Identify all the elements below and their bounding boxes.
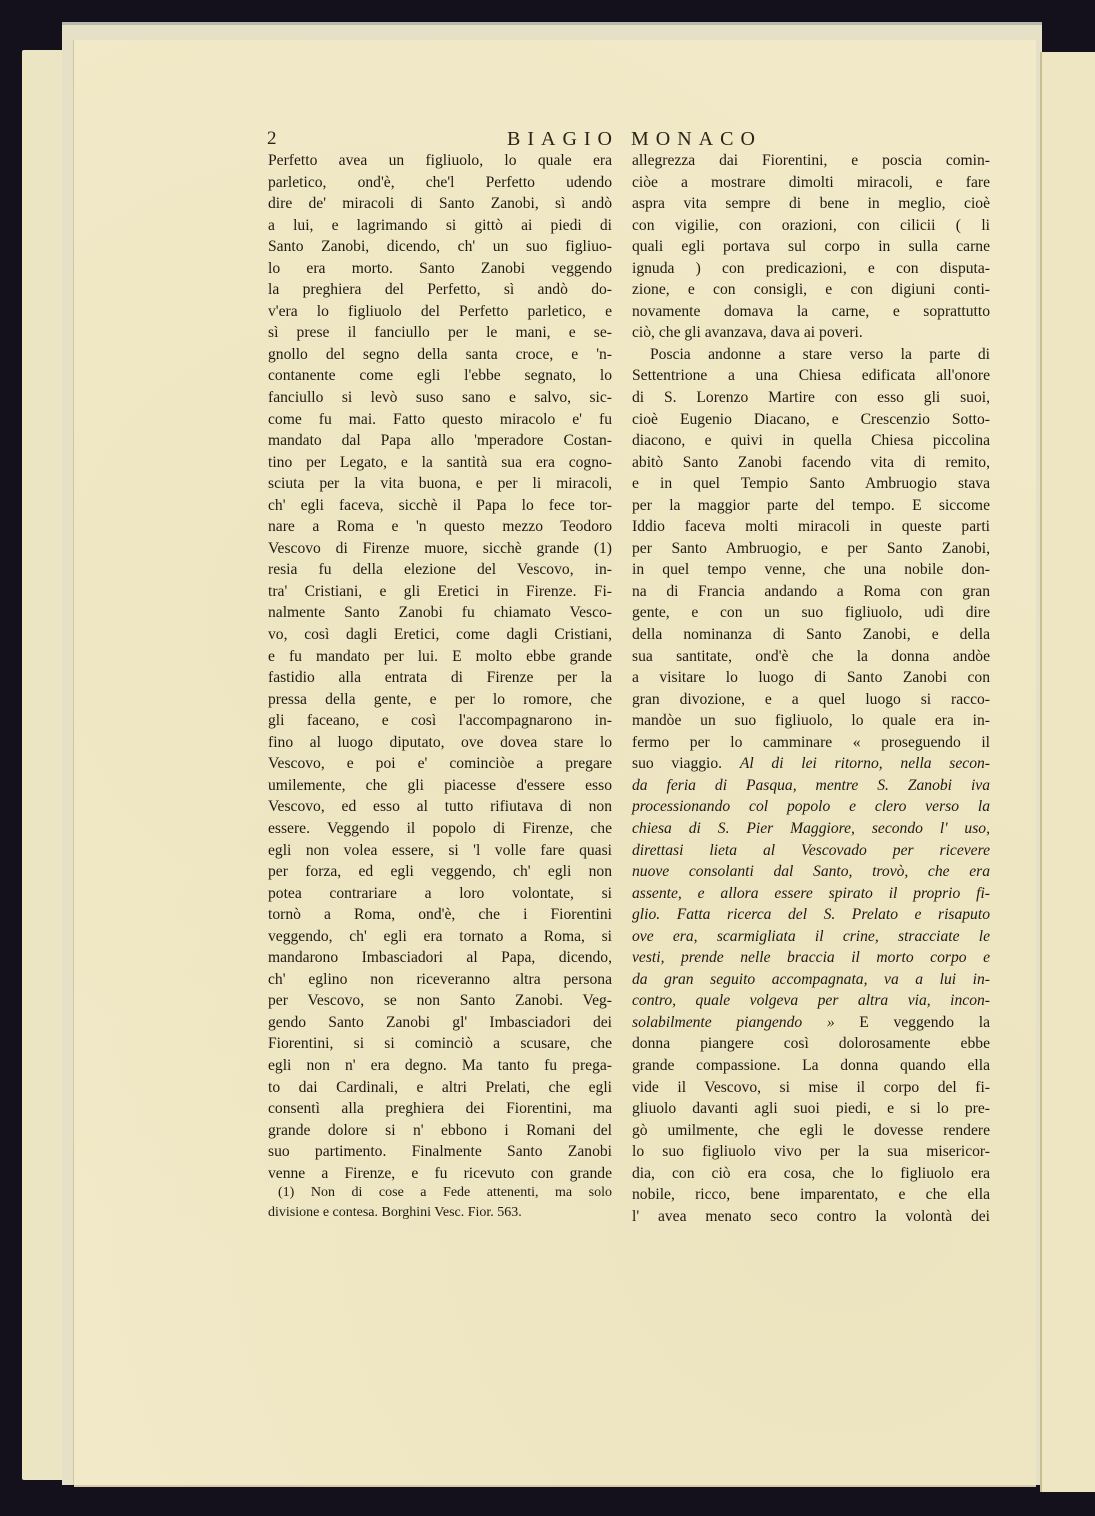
text-line: venne a Firenze, e fu ricevuto con grand… xyxy=(268,1163,612,1185)
text-line: Poscia andonne a stare verso la parte di xyxy=(632,344,990,366)
roman-text: novamente domava la carne, e soprattutto xyxy=(632,303,990,320)
text-line: glio. Fatta ricerca del S. Prelato e ris… xyxy=(632,904,990,926)
roman-text: vide il Vescovo, si mise il corpo del fi… xyxy=(632,1079,990,1096)
text-line: Vescovo, ed esso al tutto rifiutava di n… xyxy=(268,796,612,818)
text-line: contanente come egli l'ebbe segnato, lo xyxy=(268,365,612,387)
text-line: a lui, e lagrimando si gittò ai piedi di xyxy=(268,215,612,237)
text-line: fino al luogo diputato, ove dovea stare … xyxy=(268,732,612,754)
roman-text: zione, e con consigli, e con digiuni con… xyxy=(632,281,990,298)
roman-text: diacono, e quivi in quella Chiesa piccol… xyxy=(632,432,990,449)
text-line: cioè Eugenio Diacano, e Crescenzio Sotto… xyxy=(632,409,990,431)
text-line: gli faceano, e così l'accompagnarono in- xyxy=(268,710,612,732)
text-line: mandato dal Papa allo 'mperadore Costan- xyxy=(268,430,612,452)
footnote-line: (1) Non di cose a Fede attenenti, ma sol… xyxy=(268,1183,612,1203)
roman-text: per la maggior parte del tempo. E siccom… xyxy=(632,497,990,514)
text-line: fermo per lo camminare « proseguendo il xyxy=(632,732,990,754)
text-line: Fiorentini, si si cominciò a scusare, ch… xyxy=(268,1033,612,1055)
text-line: dire de' miracoli di Santo Zanobi, sì an… xyxy=(268,193,612,215)
text-line: veggendo, ch' egli era tornato a Roma, s… xyxy=(268,926,612,948)
text-line: to dai Cardinali, e altri Prelati, che e… xyxy=(268,1077,612,1099)
roman-text: a visitare lo luogo di Santo Zanobi con xyxy=(632,669,990,686)
text-line: per Santo Ambruogio, e per Santo Zanobi, xyxy=(632,538,990,560)
text-line: lo suo figliuolo vivo per la sua miseric… xyxy=(632,1141,990,1163)
text-line: pressa della gente, e per lo romore, che xyxy=(268,689,612,711)
text-line: ciòe a mostrare dimolti miracoli, e fare xyxy=(632,172,990,194)
roman-text: Iddio faceva molti miracoli in queste pa… xyxy=(632,518,990,535)
roman-text: gente, e con un suo figliuolo, udì dire xyxy=(632,604,990,621)
text-line: ch' eglino non riceveranno altra persona xyxy=(268,969,612,991)
text-line: tornò a Roma, ond'è, che i Fiorentini xyxy=(268,904,612,926)
text-line: nare a Roma e 'n questo mezzo Teodoro xyxy=(268,516,612,538)
roman-text: della nominanza di Santo Zanobi, e della xyxy=(632,626,990,643)
text-line: Vescovo di Firenze muore, sicchè grande … xyxy=(268,538,612,560)
roman-text: di S. Lorenzo Martire con esso gli suoi, xyxy=(632,389,990,406)
text-line: allegrezza dai Fiorentini, e poscia comi… xyxy=(632,150,990,172)
roman-text: donna piangere così dolorosamente ebbe xyxy=(632,1035,990,1052)
text-line: novamente domava la carne, e soprattutto xyxy=(632,301,990,323)
italic-text: assente, e allora essere spirato il prop… xyxy=(632,885,990,902)
italic-text: nuove consolanti dal Santo, trovò, che e… xyxy=(632,863,990,880)
text-line: essere. Veggendo il popolo di Firenze, c… xyxy=(268,818,612,840)
text-line: grande compassione. La donna quando ella xyxy=(632,1055,990,1077)
roman-text: Settentrione a una Chiesa edificata all'… xyxy=(632,367,990,384)
text-line: di S. Lorenzo Martire con esso gli suoi, xyxy=(632,387,990,409)
text-line: gran divozione, e a quel luogo si racco- xyxy=(632,689,990,711)
text-line: processionando col popolo e clero verso … xyxy=(632,796,990,818)
text-line: chiesa di S. Pier Maggiore, secondo l' u… xyxy=(632,818,990,840)
roman-text: nobile, ricco, bene imparentato, e che e… xyxy=(632,1186,990,1203)
text-line: della nominanza di Santo Zanobi, e della xyxy=(632,624,990,646)
text-line: in quel tempo venne, che una nobile don- xyxy=(632,559,990,581)
roman-text: allegrezza dai Fiorentini, e poscia comi… xyxy=(632,152,990,169)
text-line: vide il Vescovo, si mise il corpo del fi… xyxy=(632,1077,990,1099)
text-line: nobile, ricco, bene imparentato, e che e… xyxy=(632,1184,990,1206)
text-line: sciuta per la vita buona, e per li mirac… xyxy=(268,473,612,495)
text-line: zione, e con consigli, e con digiuni con… xyxy=(632,279,990,301)
text-line: solabilmente piangendo » E veggendo la xyxy=(632,1012,990,1034)
text-line: ignuda ) con predicazioni, e con disputa… xyxy=(632,258,990,280)
text-line: gnollo del segno della santa croce, e 'n… xyxy=(268,344,612,366)
italic-text: ove era, scarmigliata il crine, straccia… xyxy=(632,928,990,945)
text-line: Settentrione a una Chiesa edificata all'… xyxy=(632,365,990,387)
text-line: vesti, prende nelle braccia il morto cor… xyxy=(632,947,990,969)
text-line: Santo Zanobi, dicendo, ch' un suo figliu… xyxy=(268,236,612,258)
page-header: 2 BIAGIO MONACO xyxy=(267,128,997,152)
roman-text: dia, con ciò era cosa, che lo figliuolo … xyxy=(632,1165,990,1182)
text-line: gliuolo davanti agli suoi piedi, e si lo… xyxy=(632,1098,990,1120)
page-number: 2 xyxy=(267,128,277,150)
text-line: na di Francia andando a Roma con gran xyxy=(632,581,990,603)
text-line: vo, così dagli Eretici, come dagli Crist… xyxy=(268,624,612,646)
text-line: suo viaggio. Al di lei ritorno, nella se… xyxy=(632,753,990,775)
italic-text: processionando col popolo e clero verso … xyxy=(632,798,990,815)
text-line: come fu mai. Fatto questo miracolo e' fu xyxy=(268,409,612,431)
text-line: da gran seguito accompagnata, va a lui i… xyxy=(632,969,990,991)
text-line: lo era morto. Santo Zanobi veggendo xyxy=(268,258,612,280)
text-line: parletico, ond'è, che'l Perfetto udendo xyxy=(268,172,612,194)
roman-text: l' avea menato seco contro la volontà de… xyxy=(632,1208,990,1225)
text-line: mandòe un suo figliuolo, lo quale era in… xyxy=(632,710,990,732)
text-line: con vigilie, con orazioni, con cilicii (… xyxy=(632,215,990,237)
text-line: sua santitate, ond'è che la donna andòe xyxy=(632,646,990,668)
roman-text: sua santitate, ond'è che la donna andòe xyxy=(632,648,990,665)
text-line: l' avea menato seco contro la volontà de… xyxy=(632,1206,990,1228)
text-line: nalmente Santo Zanobi fu chiamato Vesco- xyxy=(268,602,612,624)
left-text-column: Perfetto avea un figliuolo, lo quale era… xyxy=(268,150,612,1184)
roman-text: E veggendo la xyxy=(859,1014,990,1031)
roman-text: suo viaggio. xyxy=(632,755,722,772)
italic-text: solabilmente piangendo » xyxy=(632,1014,835,1031)
text-line: donna piangere così dolorosamente ebbe xyxy=(632,1033,990,1055)
text-line: aspra vita sempre di bene in meglio, cio… xyxy=(632,193,990,215)
right-text-column: allegrezza dai Fiorentini, e poscia comi… xyxy=(632,150,990,1227)
text-line: v'era lo figliuolo del Perfetto parletic… xyxy=(268,301,612,323)
text-line: fastidio alla entrata di Firenze per la xyxy=(268,667,612,689)
roman-text: gliuolo davanti agli suoi piedi, e si lo… xyxy=(632,1100,990,1117)
text-line: contro, quale volgeva per altra via, inc… xyxy=(632,990,990,1012)
text-line: nuove consolanti dal Santo, trovò, che e… xyxy=(632,861,990,883)
text-line: gò umilmente, che egli le dovesse render… xyxy=(632,1120,990,1142)
roman-text: cioè Eugenio Diacano, e Crescenzio Sotto… xyxy=(632,411,990,428)
text-line: resia fu della elezione del Vescovo, in- xyxy=(268,559,612,581)
text-line: suo partimento. Finalmente Santo Zanobi xyxy=(268,1141,612,1163)
text-line: diacono, e quivi in quella Chiesa piccol… xyxy=(632,430,990,452)
text-line: gendo Santo Zanobi gl' Imbasciadori dei xyxy=(268,1012,612,1034)
text-line: ove era, scarmigliata il crine, straccia… xyxy=(632,926,990,948)
roman-text: quali egli portava sul corpo in sulla ca… xyxy=(632,238,990,255)
text-line: sì prese il fanciullo per le mani, e se- xyxy=(268,322,612,344)
footnote-line: divisione e contesa. Borghini Vesc. Fior… xyxy=(268,1203,612,1223)
facing-page-edge xyxy=(1040,52,1095,1492)
roman-text: con vigilie, con orazioni, con cilicii (… xyxy=(632,217,990,234)
text-line: Iddio faceva molti miracoli in queste pa… xyxy=(632,516,990,538)
text-line: per Vescovo, se non Santo Zanobi. Veg- xyxy=(268,990,612,1012)
roman-text: ignuda ) con predicazioni, e con disputa… xyxy=(632,260,990,277)
roman-text: aspra vita sempre di bene in meglio, cio… xyxy=(632,195,990,212)
italic-text: direttasi lieta al Vescovado per ricever… xyxy=(632,842,990,859)
text-line: fanciullo si levò suso sano e salvo, sic… xyxy=(268,387,612,409)
roman-text: Poscia andonne a stare verso la parte di xyxy=(650,346,990,363)
italic-text: contro, quale volgeva per altra via, inc… xyxy=(632,992,990,1009)
roman-text: e in quel Tempio Santo Ambruogio stava xyxy=(632,475,990,492)
roman-text: per Santo Ambruogio, e per Santo Zanobi, xyxy=(632,540,990,557)
text-line: consentì alla preghiera dei Fiorentini, … xyxy=(268,1098,612,1120)
text-line: ch' egli faceva, sicchè il Papa lo fece … xyxy=(268,495,612,517)
roman-text: gran divozione, e a quel luogo si racco- xyxy=(632,691,990,708)
text-line: gente, e con un suo figliuolo, udì dire xyxy=(632,602,990,624)
text-line: per forza, ed egli veggendo, ch' egli no… xyxy=(268,861,612,883)
text-line: mandarono Imbasciadori al Papa, dicendo, xyxy=(268,947,612,969)
text-line: tino per Legato, e la santità sua era co… xyxy=(268,452,612,474)
roman-text: in quel tempo venne, che una nobile don- xyxy=(632,561,990,578)
italic-text: chiesa di S. Pier Maggiore, secondo l' u… xyxy=(632,820,990,837)
italic-text: da gran seguito accompagnata, va a lui i… xyxy=(632,971,990,988)
text-line: grande dolore si n' ebbono i Romani del xyxy=(268,1120,612,1142)
text-line: quali egli portava sul corpo in sulla ca… xyxy=(632,236,990,258)
italic-text: da feria di Pasqua, mentre S. Zanobi iva xyxy=(632,777,990,794)
text-line: assente, e allora essere spirato il prop… xyxy=(632,883,990,905)
text-line: e in quel Tempio Santo Ambruogio stava xyxy=(632,473,990,495)
text-line: da feria di Pasqua, mentre S. Zanobi iva xyxy=(632,775,990,797)
italic-text: vesti, prende nelle braccia il morto cor… xyxy=(632,949,990,966)
roman-text: ciòe a mostrare dimolti miracoli, e fare xyxy=(632,174,990,191)
text-line: tra' Cristiani, e gli Eretici in Firenze… xyxy=(268,581,612,603)
roman-text: grande compassione. La donna quando ella xyxy=(632,1057,990,1074)
text-line: dia, con ciò era cosa, che lo figliuolo … xyxy=(632,1163,990,1185)
italic-text: Al di lei ritorno, nella secon- xyxy=(740,755,990,772)
text-line: direttasi lieta al Vescovado per ricever… xyxy=(632,840,990,862)
roman-text: gò umilmente, che egli le dovesse render… xyxy=(632,1122,990,1139)
roman-text: ciò, che gli avanzava, dava ai poveri. xyxy=(632,324,863,341)
text-line: e fu mandato per lui. E molto ebbe grand… xyxy=(268,646,612,668)
text-line: Vescovo, e poi e' cominciòe a pregare xyxy=(268,753,612,775)
text-line: potea contrariare a loro volontate, si xyxy=(268,883,612,905)
roman-text: fermo per lo camminare « proseguendo il xyxy=(632,734,990,751)
text-line: la preghiera del Perfetto, sì andò do- xyxy=(268,279,612,301)
text-line: per la maggior parte del tempo. E siccom… xyxy=(632,495,990,517)
roman-text: mandòe un suo figliuolo, lo quale era in… xyxy=(632,712,990,729)
text-line: egli non n' era degno. Ma tanto fu prega… xyxy=(268,1055,612,1077)
text-line: egli non volea essere, si 'l volle fare … xyxy=(268,840,612,862)
text-line: abitò Santo Zanobi facendo vita di remit… xyxy=(632,452,990,474)
text-line: umilemente, che gli piacesse d'essere es… xyxy=(268,775,612,797)
running-head: BIAGIO MONACO xyxy=(507,128,762,151)
italic-text: glio. Fatta ricerca del S. Prelato e ris… xyxy=(632,906,990,923)
text-line: ciò, che gli avanzava, dava ai poveri. xyxy=(632,322,990,344)
footnote: (1) Non di cose a Fede attenenti, ma sol… xyxy=(268,1183,612,1223)
roman-text: na di Francia andando a Roma con gran xyxy=(632,583,990,600)
text-line: Perfetto avea un figliuolo, lo quale era xyxy=(268,150,612,172)
text-line: a visitare lo luogo di Santo Zanobi con xyxy=(632,667,990,689)
roman-text: lo suo figliuolo vivo per la sua miseric… xyxy=(632,1143,990,1160)
roman-text: abitò Santo Zanobi facendo vita di remit… xyxy=(632,454,990,471)
